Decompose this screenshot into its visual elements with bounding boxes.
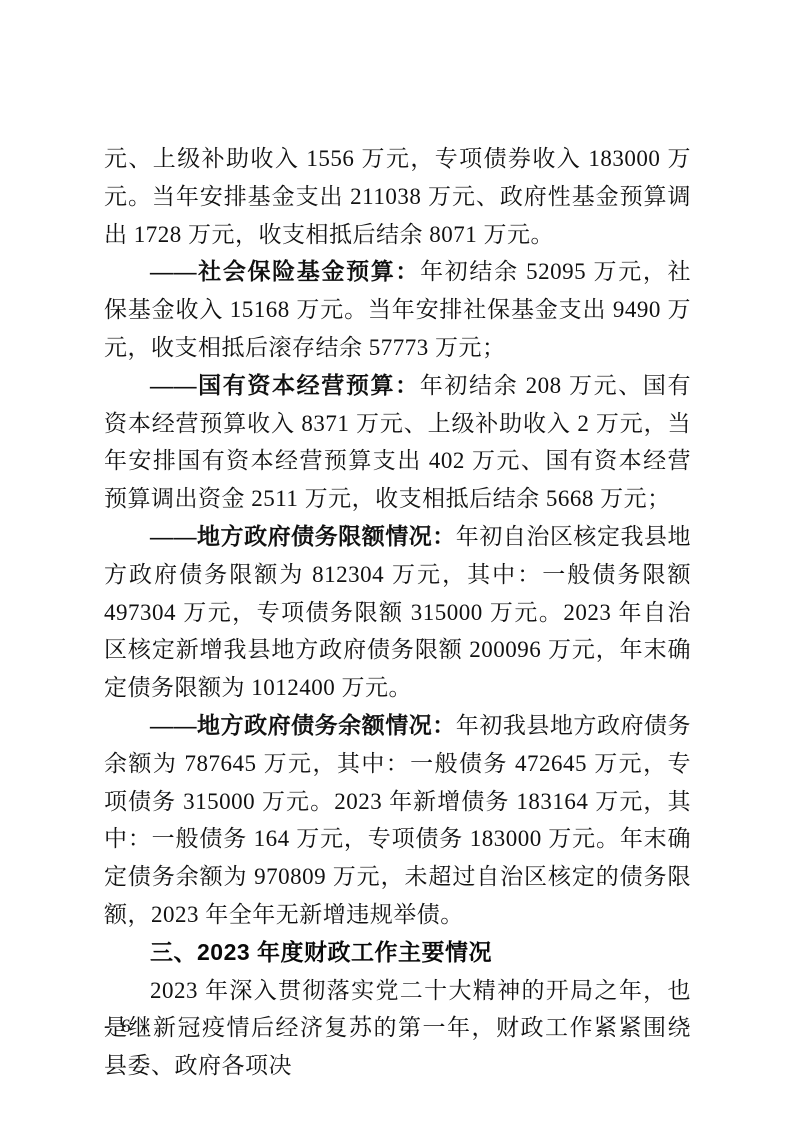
paragraph-text: 年初我县地方政府债务余额为 787645 万元，其中：一般债务 472645 万… xyxy=(104,713,691,927)
paragraph-local-government-debt-limit: ——地方政府债务限额情况：年初自治区核定我县地方政府债务限额为 812304 万… xyxy=(104,518,691,707)
paragraph-social-insurance-fund-budget: ——社会保险基金预算：年初结余 52095 万元，社保基金收入 15168 万元… xyxy=(104,253,691,366)
paragraph-lead: ——地方政府债务限额情况： xyxy=(150,524,456,549)
paragraph-fiscal-work-intro: 2023 年深入贯彻落实党二十大精神的开局之年，也是继新冠疫情后经济复苏的第一年… xyxy=(104,972,691,1085)
document-body: 元、上级补助收入 1556 万元，专项债券收入 183000 万元。当年安排基金… xyxy=(104,140,691,1085)
paragraph-lead: ——国有资本经营预算： xyxy=(150,373,420,398)
paragraph-text: 年初自治区核定我县地方政府债务限额为 812304 万元，其中：一般债务限额 4… xyxy=(104,524,691,700)
paragraph-local-government-debt-balance: ——地方政府债务余额情况：年初我县地方政府债务余额为 787645 万元，其中：… xyxy=(104,707,691,934)
paragraph-lead: ——社会保险基金预算： xyxy=(150,259,420,284)
paragraph-state-capital-operation-budget: ——国有资本经营预算：年初结余 208 万元、国有资本经营预算收入 8371 万… xyxy=(104,367,691,518)
section-heading: 三、2023 年度财政工作主要情况 xyxy=(104,934,691,972)
paragraph-text: 2023 年深入贯彻落实党二十大精神的开局之年，也是继新冠疫情后经济复苏的第一年… xyxy=(104,978,691,1079)
page-number: - 6 - xyxy=(104,1016,151,1038)
paragraph-lead: ——地方政府债务余额情况： xyxy=(150,713,456,738)
document-page: 元、上级补助收入 1556 万元，专项债券收入 183000 万元。当年安排基金… xyxy=(0,0,793,1122)
paragraph-government-fund-budget-continuation: 元、上级补助收入 1556 万元，专项债券收入 183000 万元。当年安排基金… xyxy=(104,140,691,253)
paragraph-text: 元、上级补助收入 1556 万元，专项债券收入 183000 万元。当年安排基金… xyxy=(104,146,691,247)
